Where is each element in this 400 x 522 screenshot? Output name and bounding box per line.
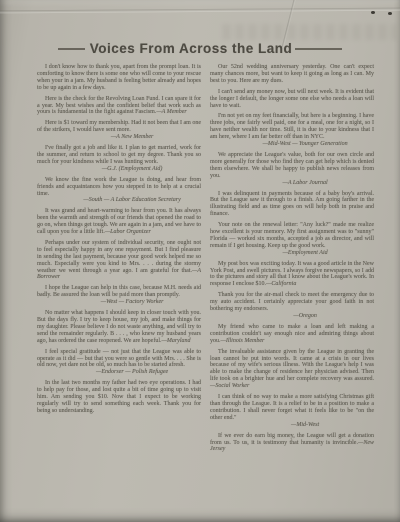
letter-text: I was delinquent in payments because of … [210,191,374,218]
letter-paragraph: Our 52nd wedding anniversary yesterday. … [210,64,374,85]
letters-columns: I don't know how to thank you, apart fro… [37,64,374,457]
letter-text: I'm not yet on my feet financially, but … [210,113,374,140]
right-column: Our 52nd wedding anniversary yesterday. … [210,64,374,457]
letter-text: I can't send any money now, but will nex… [210,89,374,109]
letter-signature: —A Labor Journal [210,180,374,187]
page-title: Voices From Across the Land [90,41,293,56]
letter-paragraph: We appreciate the League's value, both f… [210,152,374,187]
letter-signature: —South — A Labor Education Secretary [37,197,201,204]
letter-paragraph: My post box was exciting today. It was a… [210,261,374,289]
letter-paragraph: We know the fine work the League is doin… [37,177,201,205]
page-header: Voices From Across the Land [0,41,400,56]
letter-text: I hope the League can help in this case,… [37,285,201,298]
letter-signature: —West — Factory Worker [37,299,201,306]
letter-text: Here is $1 toward my membership. Had it … [37,120,201,133]
letter-signature: —A New Member [37,134,201,141]
letter-paragraph: Perhaps under our system of individual s… [37,240,201,281]
letter-paragraph: I feel special gratitude — not just that… [37,349,201,377]
letter-text: The invaluable assistance given by the L… [210,349,374,383]
letter-paragraph: The invaluable assistance given by the L… [210,349,374,390]
letter-paragraph: Here is the check for the Revolving Loan… [37,96,201,117]
header-rule-left [58,48,85,50]
letter-signature: —California [266,281,296,287]
letter-paragraph: Your note on the renewal letter: "Any lu… [210,222,374,257]
letter-text: I don't know how to thank you, apart fro… [37,64,201,91]
letter-signature: —Social Worker [210,383,249,389]
letter-signature: —Maryland [162,338,191,344]
letter-signature: —A Member [156,109,186,115]
letter-signature: —Employment Aid [210,250,374,257]
letter-paragraph: In the last two months my father had two… [37,380,201,415]
letter-paragraph: If we ever do earn big money, the League… [210,433,374,454]
letter-paragraph: I'm not yet on my feet financially, but … [210,113,374,148]
letter-signature: —Labor Organizer [105,229,151,235]
letter-paragraph: I can't send any money now, but will nex… [210,89,374,110]
letter-paragraph: I've finally got a job and like it. I pl… [37,145,201,173]
letter-text: I feel special gratitude — not just that… [37,349,201,369]
letter-signature: —G.J. (Employment Aid) [37,166,201,173]
letter-paragraph: It was grand and heart-warming to hear f… [37,208,201,236]
letter-signature: —Illinois Member [221,338,265,344]
letter-paragraph: Here is $1 toward my membership. Had it … [37,120,201,141]
paper-fold-crease [0,8,400,14]
header-rule-right [295,48,342,50]
letter-text: We know the fine work the League is doin… [37,177,201,197]
letter-signature: —Endorser — Polish Refugee [37,369,201,376]
letter-paragraph: I was delinquent in payments because of … [210,191,374,219]
letter-text: I can think of no way to make a more sat… [210,394,374,421]
letter-paragraph: No matter what happens I should keep in … [37,310,201,345]
letter-text: If we ever do earn big money, the League… [210,433,374,446]
letter-paragraph: My friend who came to make a loan and le… [210,324,374,345]
letter-signature: —Oregon [210,313,374,320]
letter-text: Thank you for the air-mail check to meet… [210,292,374,312]
letter-text: Our 52nd wedding anniversary yesterday. … [210,64,374,84]
letter-text: We appreciate the League's value, both f… [210,152,374,179]
letter-signature: —Mid-West [210,422,374,429]
letter-signature: —Mid-West — Younger Generation [210,141,374,148]
reverse-side-bleed-through [222,24,397,40]
letter-text: Perhaps under our system of individual s… [37,240,201,274]
letter-text: Your note on the renewal letter: "Any lu… [210,222,374,249]
letter-text: I've finally got a job and like it. I pl… [37,145,201,165]
letter-text: In the last two months my father had two… [37,380,201,414]
letter-paragraph: I hope the League can help in this case,… [37,285,201,306]
paper-speck [388,12,392,15]
paper-speck [371,11,375,14]
letter-paragraph: I can think of no way to make a more sat… [210,394,374,429]
left-column: I don't know how to thank you, apart fro… [37,64,201,457]
letter-paragraph: Thank you for the air-mail check to meet… [210,292,374,320]
scanned-newsletter-page: Voices From Across the Land I don't know… [0,0,400,522]
letter-paragraph: I don't know how to thank you, apart fro… [37,64,201,92]
